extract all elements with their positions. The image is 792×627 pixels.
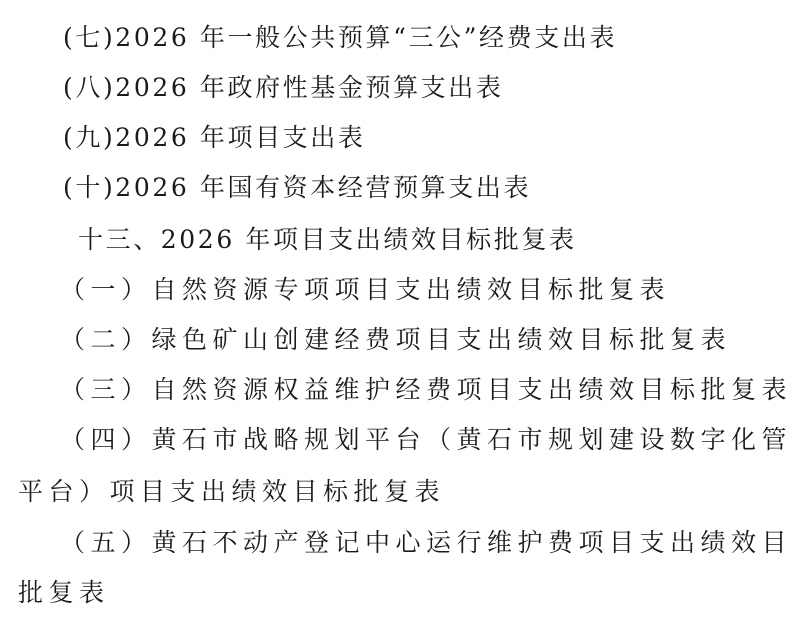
list-item-four-strategic-platform: （四）黄石市战略规划平台（黄石市规划建设数字化管控 (60, 425, 792, 455)
list-item-five-continuation: 批复表 (18, 578, 110, 608)
list-item-two-green-mine: （二）绿色矿山创建经费项目支出绩效目标批复表 (60, 325, 731, 355)
list-item-three-rights-maintenance: （三）自然资源权益维护经费项目支出绩效目标批复表 (60, 375, 792, 405)
list-item-one-natural-resources: （一）自然资源专项项目支出绩效目标批复表 (60, 275, 670, 305)
list-item-five-real-estate-registration: （五）黄石不动产登记中心运行维护费项目支出绩效目标 (60, 528, 792, 558)
section-heading-thirteen: 十三、2026 年项目支出绩效目标批复表 (78, 225, 577, 255)
list-item-ten-state-capital-budget: (十)2026 年国有资本经营预算支出表 (63, 173, 531, 203)
list-item-nine-project-expenditure: (九)2026 年项目支出表 (63, 123, 365, 153)
list-item-eight-government-fund-budget: (八)2026 年政府性基金预算支出表 (63, 73, 503, 103)
list-item-four-continuation: 平台）项目支出绩效目标批复表 (18, 477, 445, 507)
list-item-seven-three-public-expenses: (七)2026 年一般公共预算“三公”经费支出表 (63, 23, 617, 53)
